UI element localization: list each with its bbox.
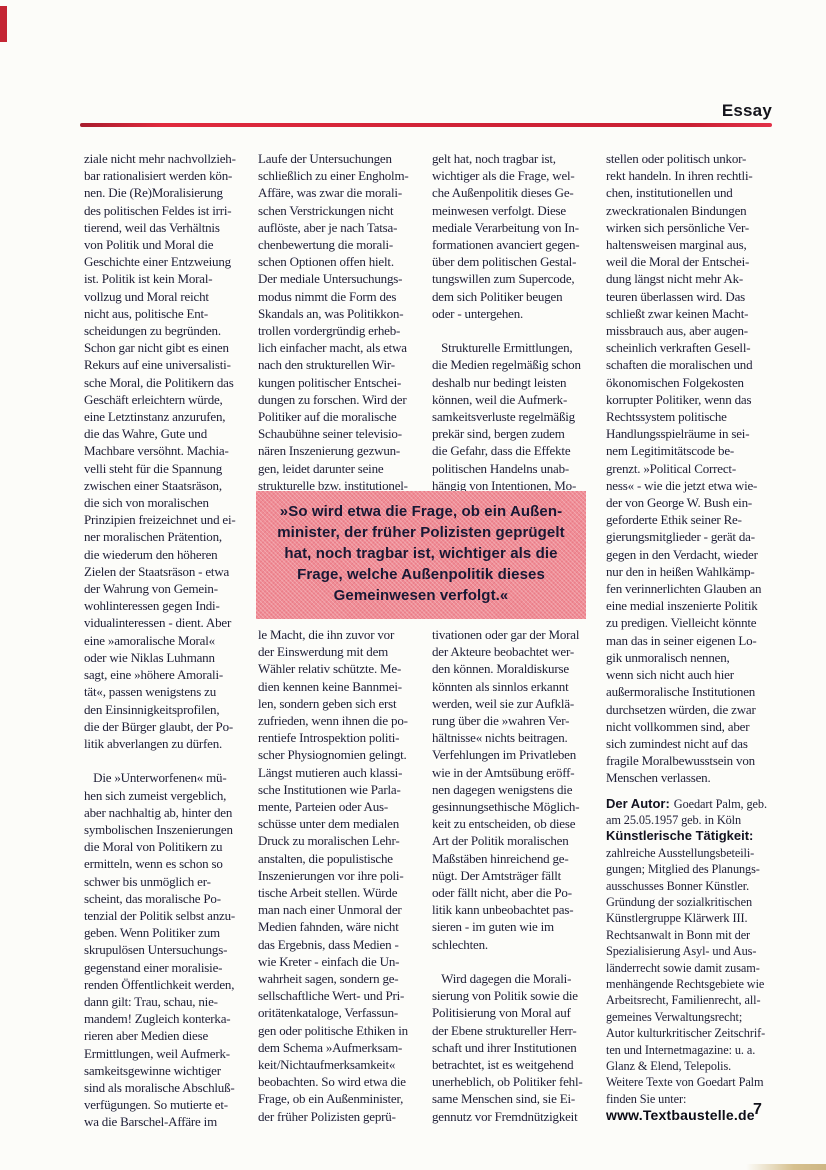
- page-edge-artifact: [746, 1164, 826, 1170]
- column-1-text: ziale nicht mehr nachvollzieh- bar ratio…: [84, 150, 256, 1131]
- text-column-2-lower: le Macht, die ihn zuvor vor der Einswerd…: [258, 626, 430, 1125]
- column-2-lower-text: le Macht, die ihn zuvor vor der Einswerd…: [258, 626, 430, 1125]
- text-column-1: ziale nicht mehr nachvollzieh- bar ratio…: [84, 150, 256, 1131]
- text-column-3-upper: gelt hat, noch tragbar ist, wichtiger al…: [432, 150, 604, 494]
- column-3-lower-text: tivationen oder gar der Moral der Akteur…: [432, 626, 604, 1125]
- artistic-activity-text: zahlreiche Ausstellungsbeteili- gungen; …: [606, 845, 778, 1108]
- author-label: Der Autor:: [606, 796, 670, 811]
- author-intro-line: Der Autor:Goedart Palm, geb. am 25.05.19…: [606, 796, 778, 829]
- pull-quote: »So wird etwa die Frage, ob ein Außen- m…: [256, 491, 586, 619]
- essay-page: Essay ziale nicht mehr nachvollzieh- bar…: [0, 0, 826, 1170]
- text-column-4: stellen oder politisch unkor- rekt hande…: [606, 150, 778, 1124]
- column-4-text: stellen oder politisch unkor- rekt hande…: [606, 150, 778, 787]
- text-column-3-lower: tivationen oder gar der Moral der Akteur…: [432, 626, 604, 1125]
- column-2-upper-text: Laufe der Untersuchungen schließlich zu …: [258, 150, 430, 494]
- text-column-2-upper: Laufe der Untersuchungen schließlich zu …: [258, 150, 430, 494]
- red-corner-mark: [0, 6, 7, 42]
- page-number: 7: [753, 1101, 762, 1119]
- artistic-activity-label: Künstlerische Tätigkeit:: [606, 828, 778, 844]
- header-rule: [80, 123, 772, 127]
- column-3-upper-text: gelt hat, noch tragbar ist, wichtiger al…: [432, 150, 604, 494]
- section-label: Essay: [722, 101, 772, 121]
- author-bio: Der Autor:Goedart Palm, geb. am 25.05.19…: [606, 796, 778, 1124]
